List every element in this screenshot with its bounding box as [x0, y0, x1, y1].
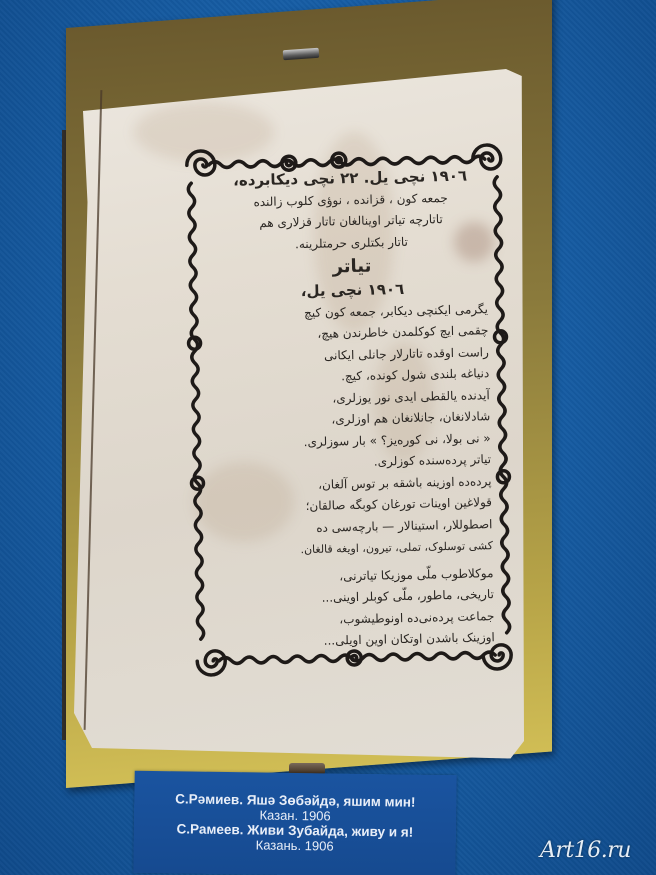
poem-line: کشی توسلوک، تملی، تیرون، اویغه قالغان.: [215, 535, 501, 562]
site-watermark: Art16.ru: [540, 838, 631, 863]
leaflet-text: ١٩٠٦ نچی یل. ٢٢ نچی دیکابرده، جمعه کون ،…: [207, 165, 503, 654]
exhibit-caption-plate: С.Рәмиев. Яшә Зөбәйдә, яшим мин! Казан. …: [133, 771, 456, 875]
